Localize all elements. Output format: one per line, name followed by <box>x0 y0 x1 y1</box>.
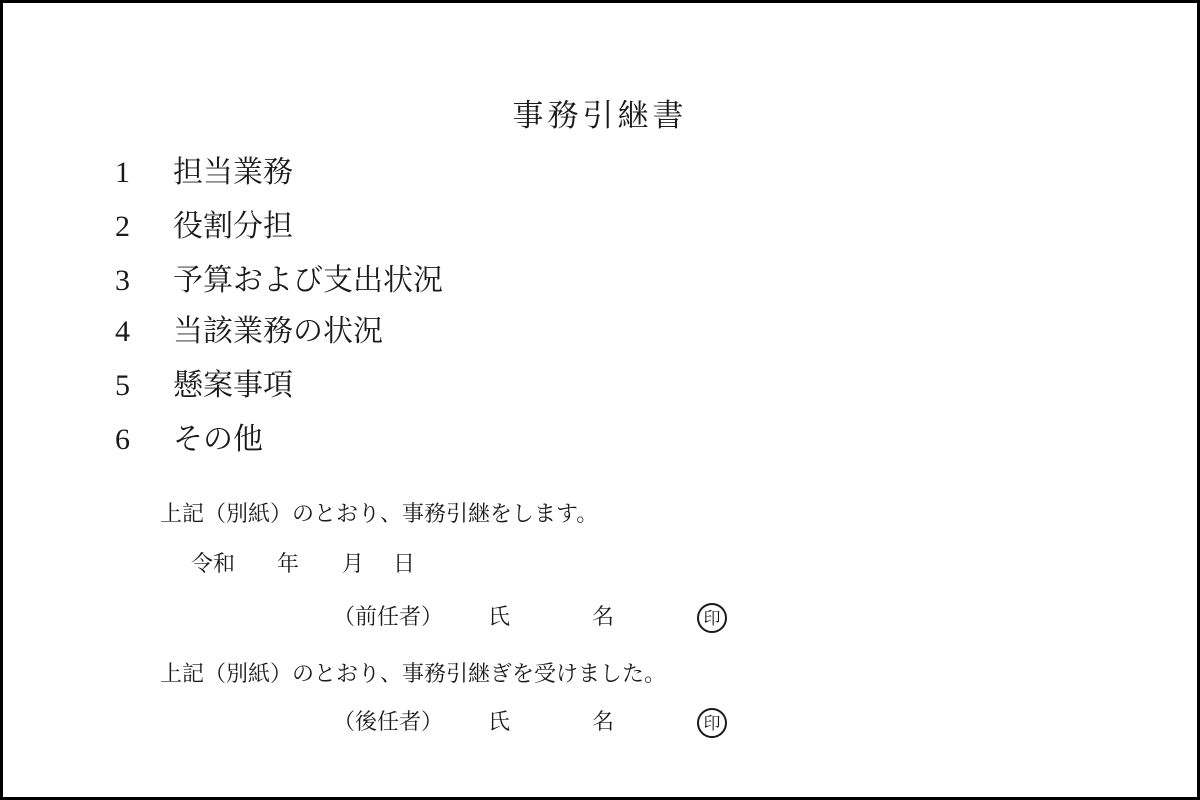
list-item-label: 当該業務の状況 <box>173 315 383 348</box>
seal-icon: 印 <box>697 603 727 633</box>
successor-signer-role-label: （後任者） <box>333 709 443 735</box>
list-item-label: その他 <box>173 423 263 456</box>
era-label: 令和 <box>191 551 235 577</box>
seal-label: 印 <box>704 715 721 732</box>
seal-label: 印 <box>704 610 721 627</box>
list-item: 5 懸案事項 <box>3 369 1197 409</box>
list-item-label: 役割分担 <box>173 210 293 243</box>
list-item-label: 担当業務 <box>173 156 293 189</box>
page-title: 事務引継書 <box>3 99 1197 133</box>
list-item-label: 懸案事項 <box>173 369 293 402</box>
handover-statement: 上記（別紙）のとおり、事務引継をします。 <box>160 501 598 527</box>
successor-signer-line: （後任者） 氏 名 印 <box>3 709 1197 745</box>
list-item-label: 予算および支出状況 <box>173 264 443 297</box>
list-item-number: 2 <box>115 210 130 243</box>
given-name-label: 名 <box>592 709 614 735</box>
former-signer-role-label: （前任者） <box>333 604 443 630</box>
list-item-number: 3 <box>115 264 130 297</box>
seal-icon: 印 <box>697 708 727 738</box>
list-item: 6 その他 <box>3 423 1197 463</box>
surname-label: 氏 <box>488 604 510 630</box>
surname-label: 氏 <box>488 709 510 735</box>
year-label: 年 <box>277 551 299 577</box>
former-signer-line: （前任者） 氏 名 印 <box>3 604 1197 640</box>
list-item-number: 4 <box>115 315 130 348</box>
month-label: 月 <box>342 551 364 577</box>
given-name-label: 名 <box>592 604 614 630</box>
day-label: 日 <box>393 551 415 577</box>
receipt-statement: 上記（別紙）のとおり、事務引継ぎを受けました。 <box>160 661 666 687</box>
date-line: 令和 年 月 日 <box>3 551 1197 581</box>
list-item: 4 当該業務の状況 <box>3 315 1197 355</box>
list-item: 3 予算および支出状況 <box>3 264 1197 304</box>
list-item-number: 1 <box>115 156 130 189</box>
list-item: 1 担当業務 <box>3 156 1197 196</box>
list-item: 2 役割分担 <box>3 210 1197 250</box>
list-item-number: 6 <box>115 423 130 456</box>
handover-document-page: 事務引継書 1 担当業務 2 役割分担 3 予算および支出状況 4 当該業務の状… <box>0 0 1200 800</box>
list-item-number: 5 <box>115 369 130 402</box>
